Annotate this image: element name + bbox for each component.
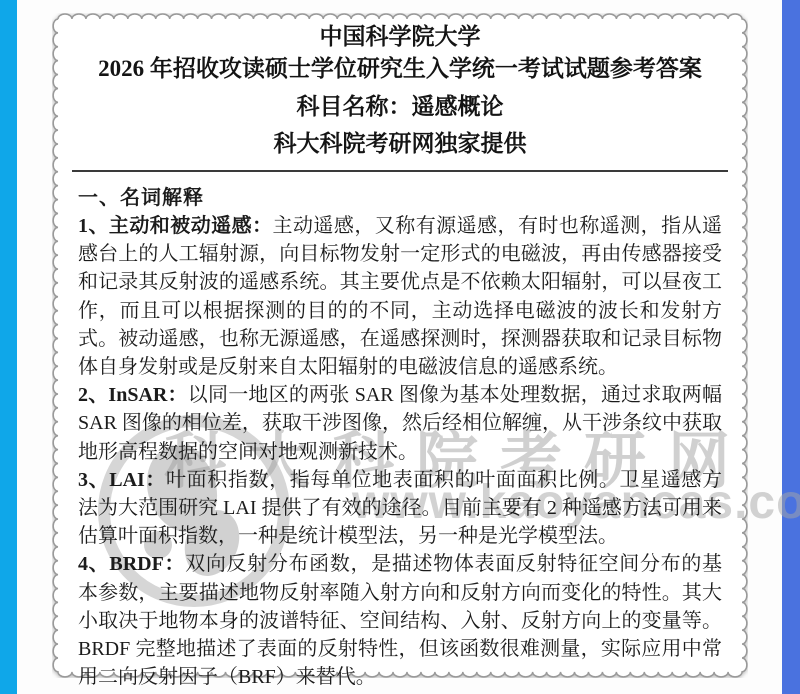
header-divider [72,170,728,172]
doc-body: 一、名词解释 1、主动和被动遥感：主动遥感，又称有源遥感，有时也称遥测，指从遥感… [78,184,722,691]
definition-item-insar: 2、InSAR：以同一地区的两张 SAR 图像为基本处理数据，通过求取两幅 SA… [78,381,722,466]
paper-content: 中国科学院大学 2026 年招收攻读硕士学位研究生入学统一考试试题参考答案 科目… [52,13,748,678]
term-label: 3、LAI： [78,469,166,491]
exam-title: 2026 年招收攻读硕士学位研究生入学统一考试试题参考答案 [78,52,722,86]
right-blue-strip [782,0,800,694]
exam-paper: 科大科院考研网 www.kaoyancas.com 中国科学院大学 2026 年… [52,13,748,678]
definition-item-brdf: 4、BRDF：双向反射分布函数，是描述物体表面反射特征空间分布的基本参数，主要描… [78,550,722,691]
term-label: 1、主动和被动遥感： [78,215,273,237]
provider-line: 科大科院考研网独家提供 [78,127,722,161]
definition-text: 主动遥感，又称有源遥感，有时也称遥测，指从遥感台上的人工辐射源，向目标物发射一定… [78,215,722,378]
term-label: 4、BRDF： [78,553,185,575]
section-heading: 一、名词解释 [78,184,722,212]
university-title: 中国科学院大学 [78,21,722,52]
page-background: 科大科院考研网 www.kaoyancas.com 中国科学院大学 2026 年… [0,0,800,694]
subject-line: 科目名称：遥感概论 [78,90,722,124]
doc-header: 中国科学院大学 2026 年招收攻读硕士学位研究生入学统一考试试题参考答案 科目… [78,21,722,161]
definition-item-active-passive: 1、主动和被动遥感：主动遥感，又称有源遥感，有时也称遥测，指从遥感台上的人工辐射… [78,212,722,381]
definition-text: 叶面积指数，指每单位地表面积的叶面面积比例。卫星遥感方法为大范围研究 LAI 提… [78,469,722,547]
definition-item-lai: 3、LAI：叶面积指数，指每单位地表面积的叶面面积比例。卫星遥感方法为大范围研究… [78,466,722,551]
left-blue-strip [0,0,17,694]
term-label: 2、InSAR： [78,384,188,406]
